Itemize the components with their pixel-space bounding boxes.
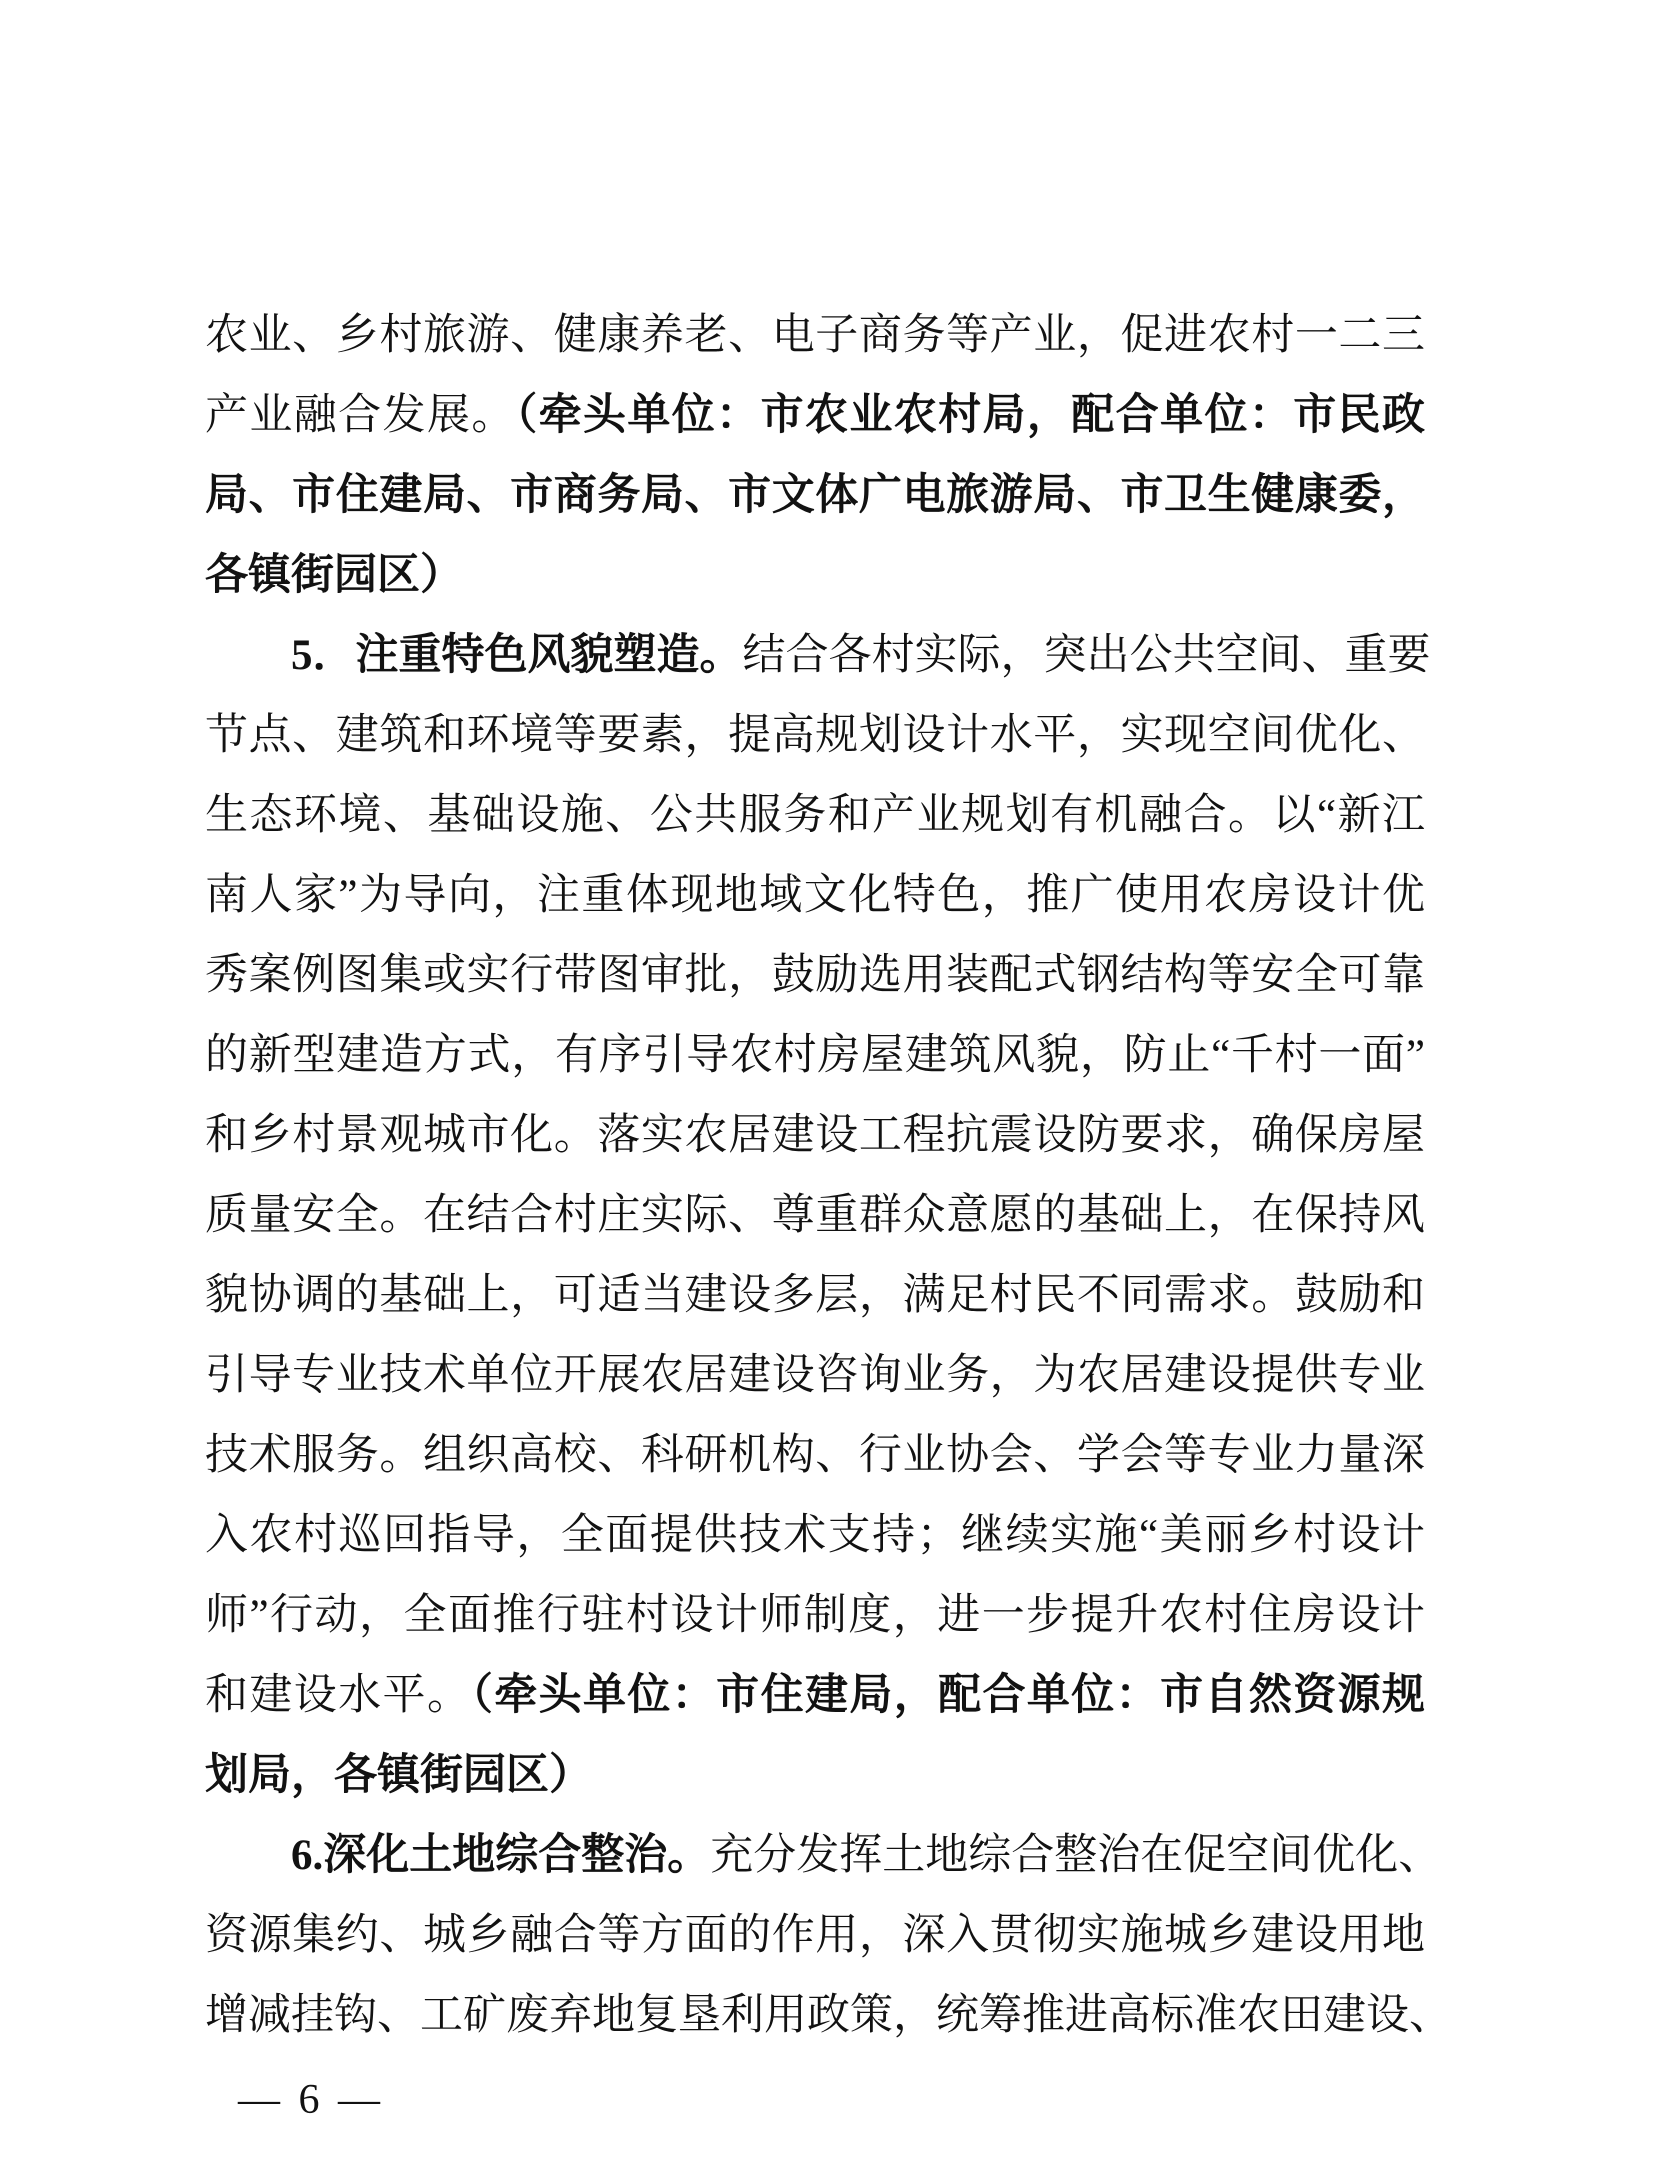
body-text-segment: 秀案例图集或实行带图审批，鼓励选用装配式钢结构等安全可靠 bbox=[205, 952, 1425, 999]
page-number: — 6 — bbox=[238, 2076, 384, 2124]
body-text-block: 农业、乡村旅游、健康养老、电子商务等产业，促进农村一二三产业融合发展。（牵头单位… bbox=[205, 296, 1425, 2056]
emphasis-text-segment: 各镇街园区） bbox=[205, 552, 463, 599]
body-text-segment: 资源集约、城乡融合等方面的作用，深入贯彻实施城乡建设用地 bbox=[205, 1912, 1425, 1959]
emphasis-text-segment: （牵头单位：市住建局，配合单位：市自然资源规 bbox=[471, 1672, 1425, 1719]
body-text-segment: 结合各村实际，突出公共空间、重要 bbox=[743, 632, 1431, 679]
body-text-segment: 引导专业技术单位开展农居建设咨询业务，为农居建设提供专业 bbox=[205, 1352, 1425, 1399]
text-line: 南人家”为导向，注重体现地域文化特色，推广使用农房设计优 bbox=[205, 856, 1425, 936]
text-line: 的新型建造方式，有序引导农村房屋建筑风貌，防止“千村一面” bbox=[205, 1016, 1425, 1096]
text-line: 师”行动，全面推行驻村设计师制度，进一步提升农村住房设计 bbox=[205, 1576, 1425, 1656]
text-line: 质量安全。在结合村庄实际、尊重群众意愿的基础上，在保持风 bbox=[205, 1176, 1425, 1256]
body-text-segment: 农业、乡村旅游、健康养老、电子商务等产业，促进农村一二三 bbox=[205, 312, 1425, 359]
body-text-segment: 产业融合发展。 bbox=[205, 392, 516, 439]
emphasis-text-segment: （牵头单位：市农业农村局，配合单位：市民政 bbox=[516, 392, 1425, 439]
text-line: 增减挂钩、工矿废弃地复垦利用政策，统筹推进高标准农田建设、 bbox=[205, 1976, 1425, 2056]
text-line: 和建设水平。（牵头单位：市住建局，配合单位：市自然资源规 bbox=[205, 1656, 1425, 1736]
emphasis-text-segment: 5．注重特色风貌塑造。 bbox=[291, 632, 743, 679]
body-text-segment: 的新型建造方式，有序引导农村房屋建筑风貌，防止“千村一面” bbox=[205, 1032, 1425, 1079]
text-line: 貌协调的基础上，可适当建设多层，满足村民不同需求。鼓励和 bbox=[205, 1256, 1425, 1336]
body-text-segment: 增减挂钩、工矿废弃地复垦利用政策，统筹推进高标准农田建设、 bbox=[205, 1992, 1452, 2039]
body-text-segment: 技术服务。组织高校、科研机构、行业协会、学会等专业力量深 bbox=[205, 1432, 1425, 1479]
body-text-segment: 充分发挥土地综合整治在促空间优化、 bbox=[710, 1832, 1441, 1879]
text-line: 资源集约、城乡融合等方面的作用，深入贯彻实施城乡建设用地 bbox=[205, 1896, 1425, 1976]
text-line: 引导专业技术单位开展农居建设咨询业务，为农居建设提供专业 bbox=[205, 1336, 1425, 1416]
text-line: 生态环境、基础设施、公共服务和产业规划有机融合。以“新江 bbox=[205, 776, 1425, 856]
text-line: 各镇街园区） bbox=[205, 536, 1425, 616]
emphasis-text-segment: 6.深化土地综合整治。 bbox=[291, 1832, 710, 1879]
body-text-segment: 南人家”为导向，注重体现地域文化特色，推广使用农房设计优 bbox=[205, 872, 1425, 919]
body-text-segment: 和乡村景观城市化。落实农居建设工程抗震设防要求，确保房屋 bbox=[205, 1112, 1425, 1159]
text-line: 农业、乡村旅游、健康养老、电子商务等产业，促进农村一二三 bbox=[205, 296, 1425, 376]
body-text-segment: 入农村巡回指导，全面提供技术支持；继续实施“美丽乡村设计 bbox=[205, 1512, 1425, 1559]
body-text-segment: 貌协调的基础上，可适当建设多层，满足村民不同需求。鼓励和 bbox=[205, 1272, 1425, 1319]
text-line: 入农村巡回指导，全面提供技术支持；继续实施“美丽乡村设计 bbox=[205, 1496, 1425, 1576]
text-line: 节点、建筑和环境等要素，提高规划设计水平，实现空间优化、 bbox=[205, 696, 1425, 776]
document-page: 农业、乡村旅游、健康养老、电子商务等产业，促进农村一二三产业融合发展。（牵头单位… bbox=[0, 0, 1653, 2164]
text-line: 技术服务。组织高校、科研机构、行业协会、学会等专业力量深 bbox=[205, 1416, 1425, 1496]
emphasis-text-segment: 局、市住建局、市商务局、市文体广电旅游局、市卫生健康委， bbox=[205, 472, 1425, 519]
body-text-segment: 质量安全。在结合村庄实际、尊重群众意愿的基础上，在保持风 bbox=[205, 1192, 1425, 1239]
text-line: 和乡村景观城市化。落实农居建设工程抗震设防要求，确保房屋 bbox=[205, 1096, 1425, 1176]
text-line: 5．注重特色风貌塑造。结合各村实际，突出公共空间、重要 bbox=[205, 616, 1425, 696]
text-line: 划局，各镇街园区） bbox=[205, 1736, 1425, 1816]
body-text-segment: 生态环境、基础设施、公共服务和产业规划有机融合。以“新江 bbox=[205, 792, 1425, 839]
body-text-segment: 和建设水平。 bbox=[205, 1672, 471, 1719]
emphasis-text-segment: 划局，各镇街园区） bbox=[205, 1752, 592, 1799]
text-line: 秀案例图集或实行带图审批，鼓励选用装配式钢结构等安全可靠 bbox=[205, 936, 1425, 1016]
text-line: 6.深化土地综合整治。充分发挥土地综合整治在促空间优化、 bbox=[205, 1816, 1425, 1896]
body-text-segment: 师”行动，全面推行驻村设计师制度，进一步提升农村住房设计 bbox=[205, 1592, 1425, 1639]
body-text-segment: 节点、建筑和环境等要素，提高规划设计水平，实现空间优化、 bbox=[205, 712, 1425, 759]
text-line: 局、市住建局、市商务局、市文体广电旅游局、市卫生健康委， bbox=[205, 456, 1425, 536]
text-line: 产业融合发展。（牵头单位：市农业农村局，配合单位：市民政 bbox=[205, 376, 1425, 456]
